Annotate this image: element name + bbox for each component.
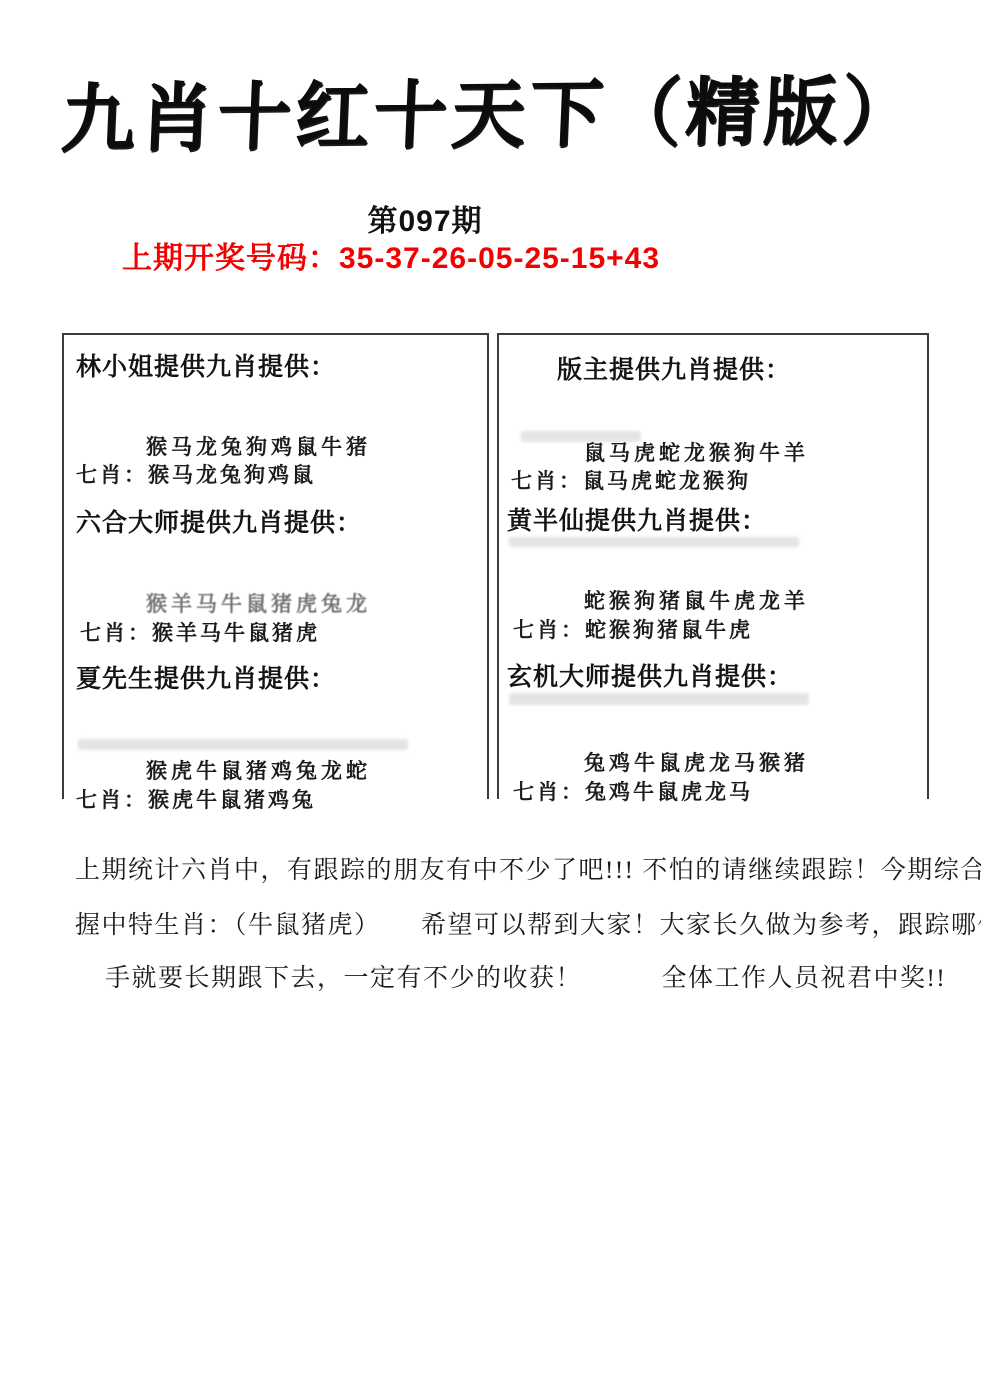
prediction-box-left: 林小姐提供九肖提供： 猴马龙兔狗鸡鼠牛猪 七肖：猴马龙兔狗鸡鼠 六合大师提供九肖… (62, 333, 489, 799)
tipster-header: 夏先生提供九肖提供： (76, 659, 336, 695)
tipster-header: 黄半仙提供九肖提供： (507, 501, 767, 537)
faded-scan-artifact (78, 739, 408, 750)
footer-text-line: 手就要长期跟下去，一定有不少的收获！ 全体工作人员祝君中奖!! (105, 958, 946, 994)
footer-text-line: 握中特生肖：（牛鼠猪虎） 希望可以帮到大家！大家长久做为参考，跟踪哪位高 (75, 905, 981, 941)
nine-zodiac-line: 猴虎牛鼠猪鸡兔龙蛇 (146, 755, 371, 785)
nine-zodiac-line: 猴马龙兔狗鸡鼠牛猪 (146, 431, 371, 461)
footer-text-line: 上期统计六肖中，有跟踪的朋友有中不少了吧!!! 不怕的请继续跟踪！今期综合比较有… (75, 850, 981, 886)
faded-scan-artifact (509, 537, 799, 547)
tipster-header: 林小姐提供九肖提供： (76, 347, 336, 383)
seven-zodiac-line: 七肖：猴虎牛鼠猪鸡兔 (76, 784, 316, 814)
seven-zodiac-line: 七肖：猴马龙兔狗鸡鼠 (76, 459, 316, 489)
last-draw-numbers: 35-37-26-05-25-15+43 (339, 242, 660, 275)
scanned-lottery-sheet: 九肖十红十天下（精版） 第097期 上期开奖号码：35-37-26-05-25-… (0, 0, 981, 1388)
nine-zodiac-line: 鼠马虎蛇龙猴狗牛羊 (584, 437, 809, 467)
seven-zodiac-line: 七肖：兔鸡牛鼠虎龙马 (513, 776, 753, 806)
prediction-box-right: 版主提供九肖提供： 鼠马虎蛇龙猴狗牛羊 七肖：鼠马虎蛇龙猴狗 黄半仙提供九肖提供… (497, 333, 929, 799)
seven-zodiac-line: 七肖：蛇猴狗猪鼠牛虎 (513, 614, 753, 644)
nine-zodiac-line: 猴羊马牛鼠猪虎兔龙 (146, 588, 371, 618)
faded-scan-artifact (509, 693, 809, 705)
tipster-header: 玄机大师提供九肖提供： (507, 657, 793, 693)
tipster-header: 六合大师提供九肖提供： (76, 503, 362, 539)
nine-zodiac-line: 兔鸡牛鼠虎龙马猴猪 (584, 747, 809, 777)
seven-zodiac-line: 七肖：猴羊马牛鼠猪虎 (80, 617, 320, 647)
page-title: 九肖十红十天下（精版） (0, 51, 981, 167)
last-draw-label: 上期开奖号码： (122, 242, 339, 275)
seven-zodiac-line: 七肖：鼠马虎蛇龙猴狗 (511, 465, 751, 495)
tipster-header: 版主提供九肖提供： (557, 350, 791, 386)
nine-zodiac-line: 蛇猴狗猪鼠牛虎龙羊 (584, 585, 809, 615)
last-draw-line: 上期开奖号码：35-37-26-05-25-15+43 (122, 233, 660, 277)
